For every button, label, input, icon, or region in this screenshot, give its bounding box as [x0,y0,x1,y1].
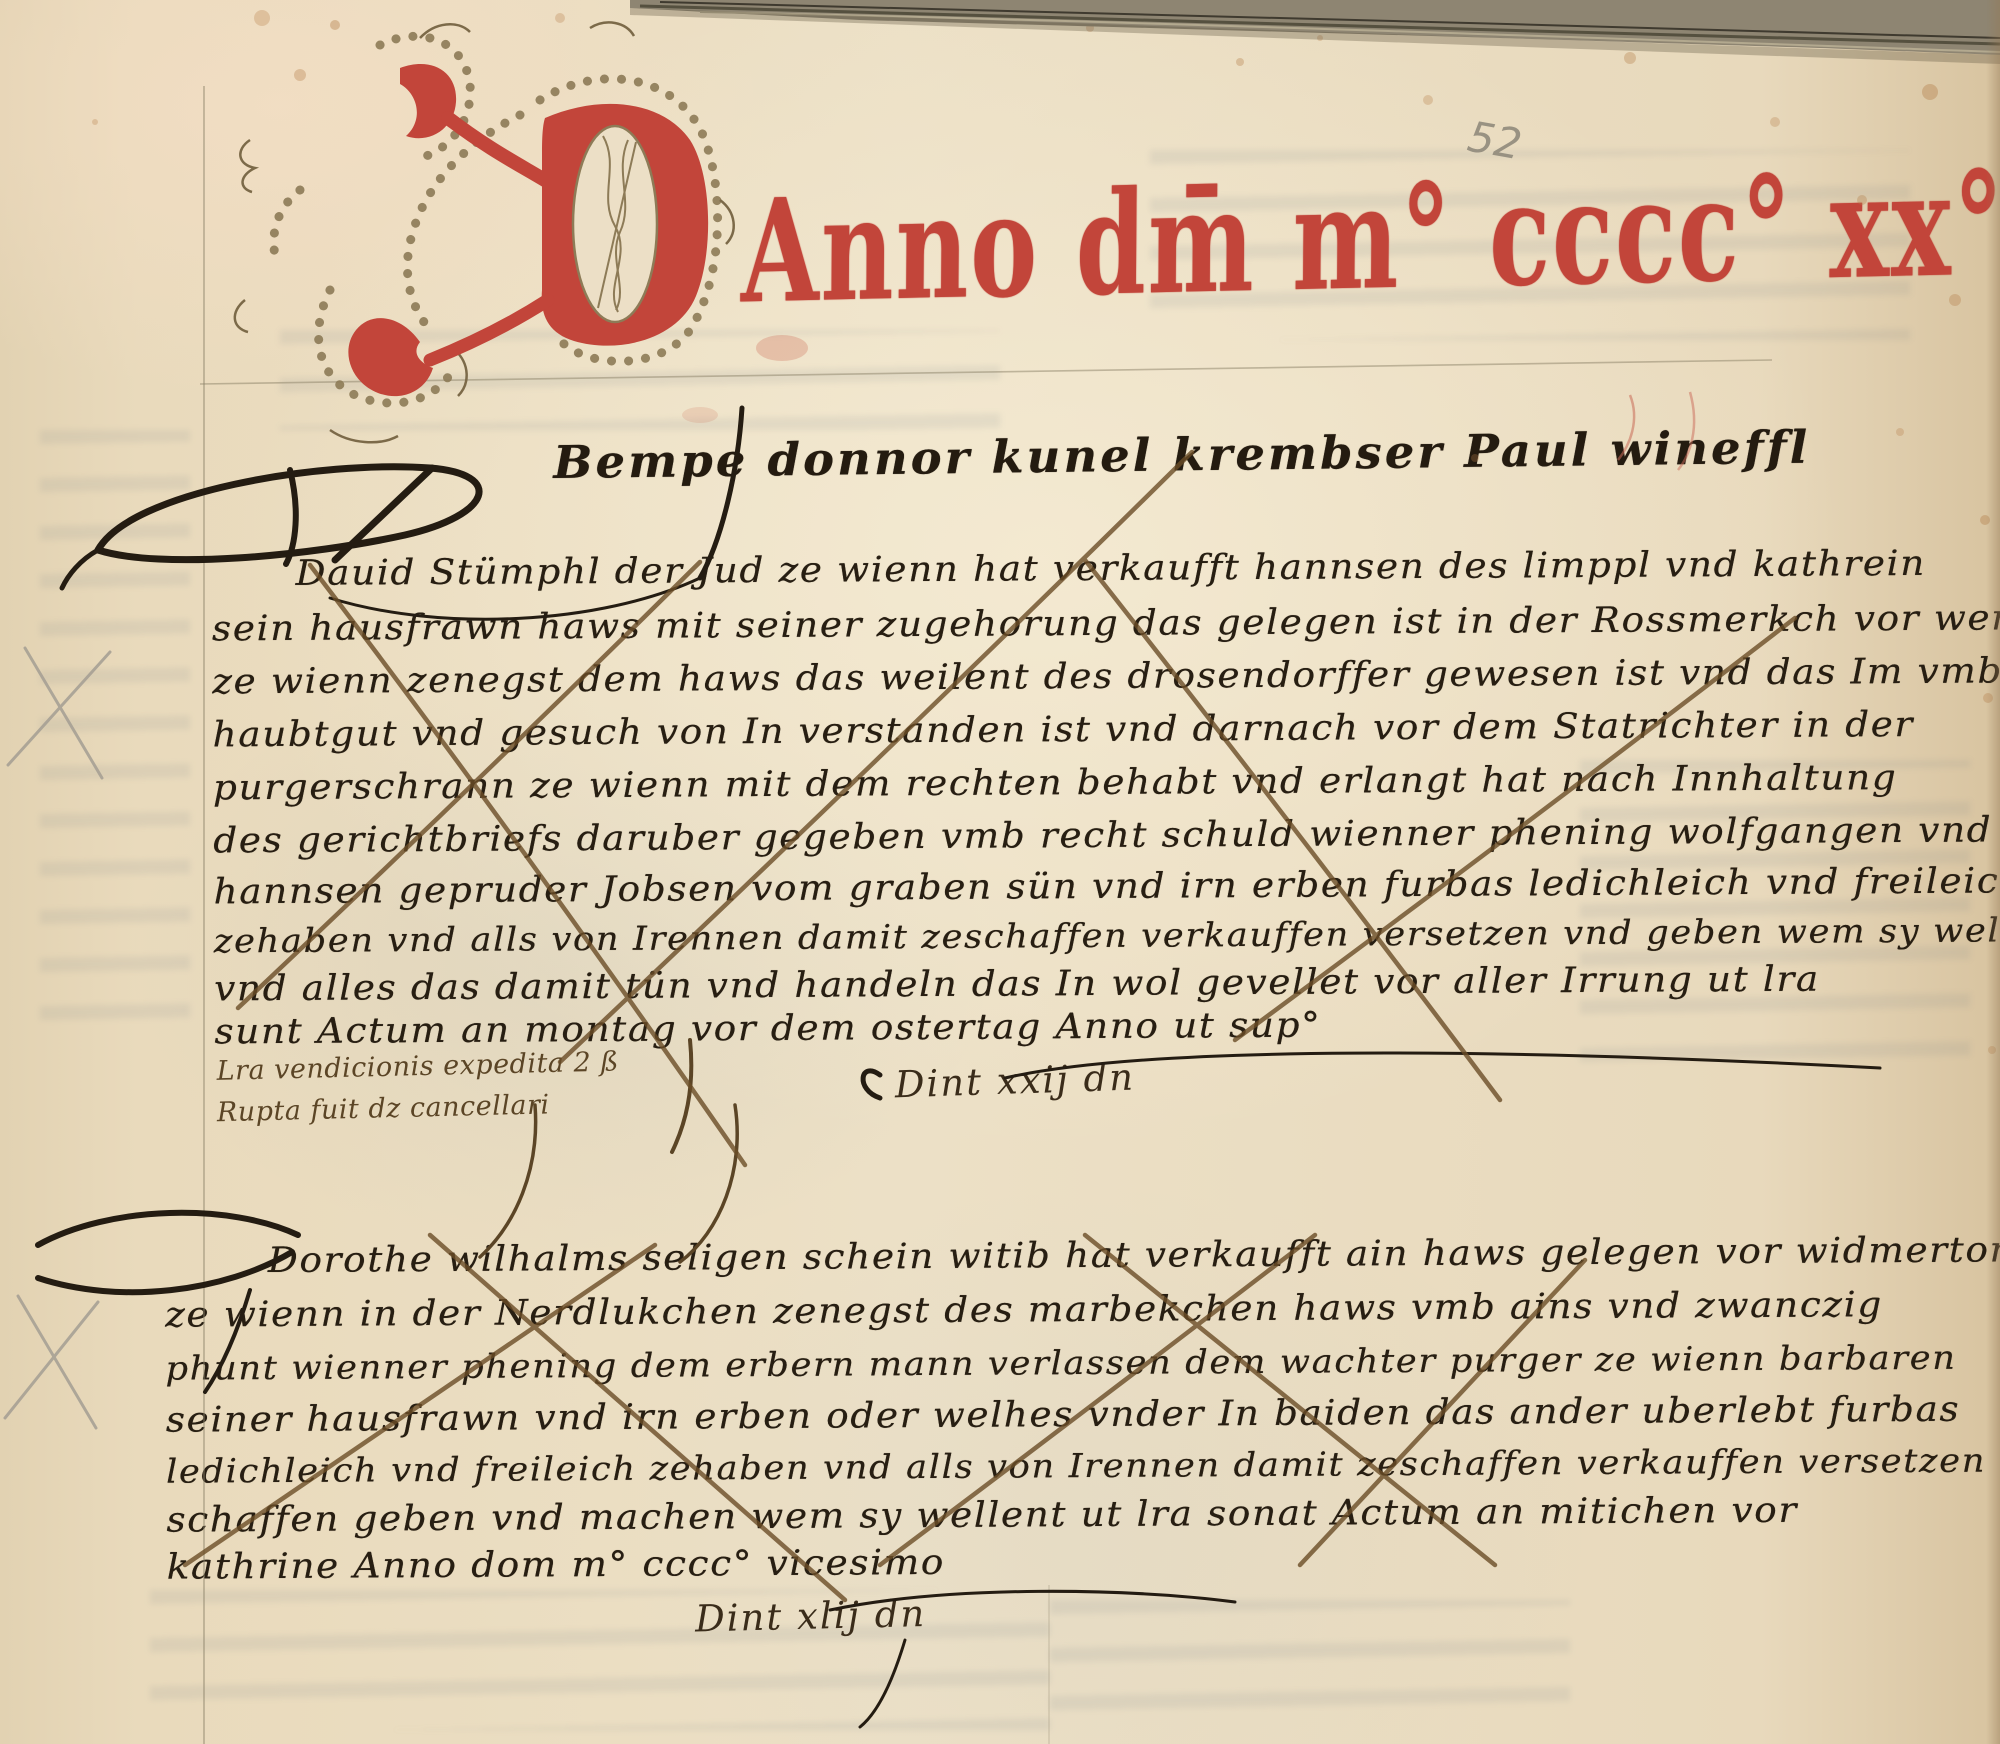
entry2-fee-note: Dint xlij dn [695,1592,927,1640]
entry2-text-line: seiner hausfrawn vnd irn erben oder welh… [166,1390,1961,1441]
entry2-text-line: Dorothe wilhalms seligen schein witib ha… [268,1230,2000,1281]
entry2-text-line: ze wienn in der Nerdlukchen zenegst des … [165,1285,1883,1335]
page-right-edge-shadow [1986,0,2000,1744]
entry2-text-line: kathrine Anno dom m° cccc° vicesimo [167,1543,946,1588]
entry2-text-line: phunt wienner phening dem erbern mann ve… [165,1338,1956,1388]
entry2-text-line: schaffen geben vnd machen wem sy wellent… [166,1491,1798,1541]
entry2-block: Dorothe wilhalms seligen schein witib ha… [0,0,2000,1744]
entry2-text-line: ledichleich vnd freileich zehaben vnd al… [166,1441,1986,1491]
manuscript-page: Anno dm̄ m° cccc° xx° 52 Bempe donnor ku… [0,0,2000,1744]
